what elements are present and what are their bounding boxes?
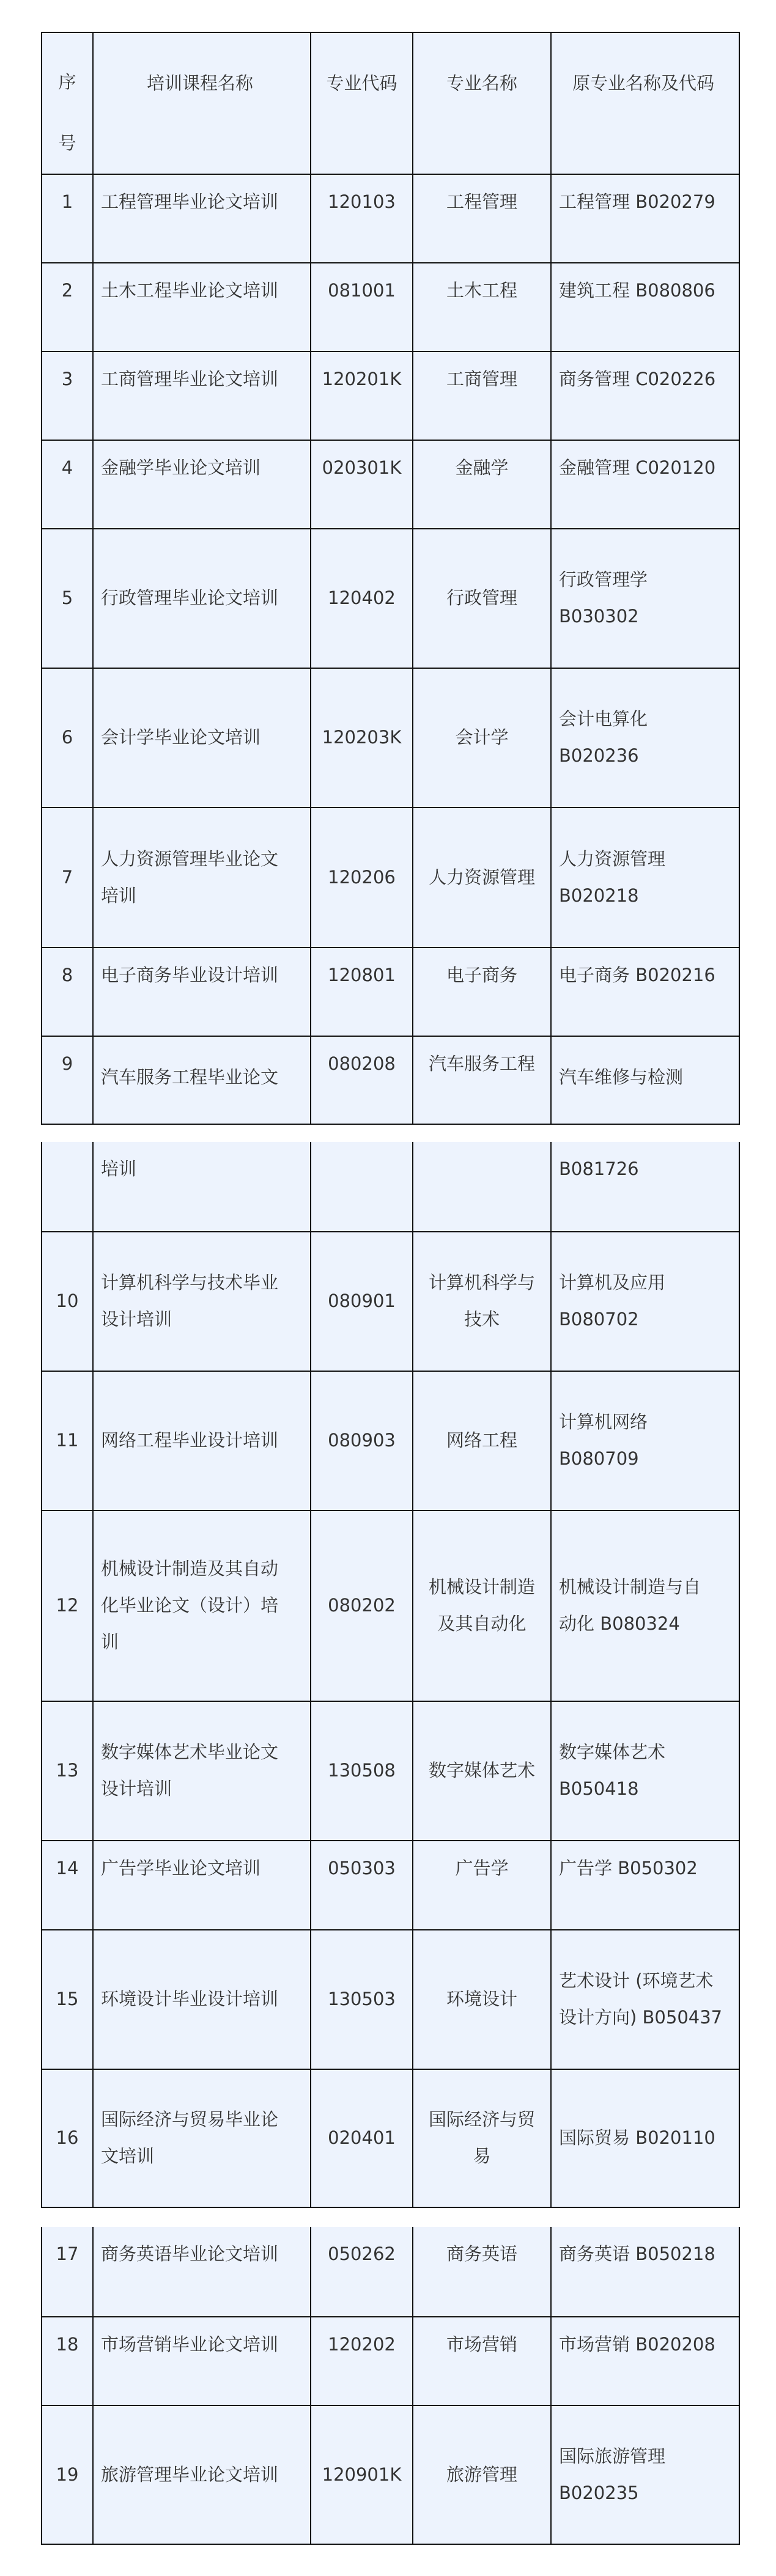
cell-major-name-line: 技术 xyxy=(413,1301,550,1338)
table-row: 1工程管理毕业论文培训120103工程管理工程管理 B020279 xyxy=(42,174,739,263)
table-row: 17商务英语毕业论文培训050262商务英语商务英语 B050218 xyxy=(42,2227,739,2317)
cell-major-code: 080903 xyxy=(311,1371,413,1511)
cell-course-line: 工程管理毕业论文培训 xyxy=(101,183,306,220)
cell-course: 广告学毕业论文培训 xyxy=(93,1841,311,1930)
cell-major-code: 130503 xyxy=(311,1930,413,2069)
cell-course: 机械设计制造及其自动化毕业论文（设计）培训 xyxy=(93,1511,311,1701)
cell-original: 建筑工程 B080806 xyxy=(551,263,739,351)
table-row: 8电子商务毕业设计培训120801电子商务电子商务 B020216 xyxy=(42,948,739,1036)
cell-original-line: 商务英语 B050218 xyxy=(559,2236,735,2272)
cell-course: 汽车服务工程毕业论文 xyxy=(93,1036,311,1124)
cell-course-line: 旅游管理毕业论文培训 xyxy=(101,2456,306,2493)
cell-original-line: B020236 xyxy=(559,737,735,774)
table-row: 4金融学毕业论文培训020301K金融学金融管理 C020120 xyxy=(42,440,739,529)
cell-major-code: 080202 xyxy=(311,1511,413,1701)
cell-course: 国际经济与贸易毕业论文培训 xyxy=(93,2069,311,2207)
cell-major-name: 汽车服务工程 xyxy=(413,1036,551,1124)
cell-major-name: 工程管理 xyxy=(413,174,551,263)
cell-course-line: 设计培训 xyxy=(101,1770,306,1807)
header-major-name: 专业名称 xyxy=(413,32,551,174)
cell-original-line: 工程管理 B020279 xyxy=(559,183,735,220)
cell-major-name: 会计学 xyxy=(413,668,551,808)
cell-major-code: 120202 xyxy=(311,2317,413,2405)
cell-index: 5 xyxy=(42,529,93,668)
cell-course-line: 训 xyxy=(101,1624,306,1660)
cell-course-line: 网络工程毕业设计培训 xyxy=(101,1422,306,1459)
cell-original-line: 计算机网络 xyxy=(559,1404,735,1440)
cell-course: 土木工程毕业论文培训 xyxy=(93,263,311,351)
cell-major-name: 行政管理 xyxy=(413,529,551,668)
cell-index: 1 xyxy=(42,174,93,263)
cell-major-code: 050303 xyxy=(311,1841,413,1930)
cell-course: 金融学毕业论文培训 xyxy=(93,440,311,529)
cell-original-line: 设计方向) B050437 xyxy=(559,1999,735,2036)
table-header-row: 序号 培训课程名称 专业代码 专业名称 原专业名称及代码 xyxy=(42,32,739,174)
cell-major-name-line: 及其自动化 xyxy=(413,1605,550,1642)
cell-index: 10 xyxy=(42,1232,93,1371)
cell-course-line: 设计培训 xyxy=(101,1301,306,1338)
cell-index: 9 xyxy=(42,1036,93,1124)
cell-original: 工程管理 B020279 xyxy=(551,174,739,263)
cell-course-line: 电子商务毕业设计培训 xyxy=(101,957,306,993)
table-row: 2土木工程毕业论文培训081001土木工程建筑工程 B080806 xyxy=(42,263,739,351)
cell-original-line: B080702 xyxy=(559,1301,735,1338)
table-body-3: 17商务英语毕业论文培训050262商务英语商务英语 B05021818市场营销… xyxy=(42,2227,739,2544)
cell-major-code: 050262 xyxy=(311,2227,413,2317)
cell-index xyxy=(42,1142,93,1232)
cell-original: 人力资源管理B020218 xyxy=(551,808,739,948)
cell-original-line: 行政管理学 xyxy=(559,561,735,598)
cell-major-code: 120402 xyxy=(311,529,413,668)
cell-original-line: 广告学 B050302 xyxy=(559,1850,735,1886)
cell-index: 6 xyxy=(42,668,93,808)
cell-original: 汽车维修与检测 xyxy=(551,1036,739,1124)
cell-major-name-line: 电子商务 xyxy=(413,957,550,993)
cell-original: 机械设计制造与自动化 B080324 xyxy=(551,1511,739,1701)
header-major-code: 专业代码 xyxy=(311,32,413,174)
cell-course-line: 环境设计毕业设计培训 xyxy=(101,1981,306,2017)
cell-major-code: 120901K xyxy=(311,2405,413,2544)
cell-major-name-line: 环境设计 xyxy=(413,1981,550,2017)
cell-major-name: 商务英语 xyxy=(413,2227,551,2317)
cell-course-line: 土木工程毕业论文培训 xyxy=(101,272,306,309)
cell-original-line: B081726 xyxy=(559,1150,735,1187)
cell-major-name: 环境设计 xyxy=(413,1930,551,2069)
cell-major-name: 计算机科学与技术 xyxy=(413,1232,551,1371)
cell-course-line: 培训 xyxy=(101,877,306,914)
header-course: 培训课程名称 xyxy=(93,32,311,174)
cell-major-name: 工商管理 xyxy=(413,351,551,440)
cell-major-code: 020301K xyxy=(311,440,413,529)
cell-major-code: 130508 xyxy=(311,1701,413,1841)
cell-index: 4 xyxy=(42,440,93,529)
cell-original-line: B020235 xyxy=(559,2475,735,2511)
cell-original-line: B030302 xyxy=(559,598,735,635)
cell-course: 培训 xyxy=(93,1142,311,1232)
cell-course: 工程管理毕业论文培训 xyxy=(93,174,311,263)
cell-course-line: 化毕业论文（设计）培 xyxy=(101,1587,306,1624)
table-body-1: 1工程管理毕业论文培训120103工程管理工程管理 B0202792土木工程毕业… xyxy=(42,174,739,1124)
table-row: 11网络工程毕业设计培训080903网络工程计算机网络B080709 xyxy=(42,1371,739,1511)
cell-course-line: 商务英语毕业论文培训 xyxy=(101,2236,306,2272)
cell-original-line: 商务管理 C020226 xyxy=(559,361,735,397)
cell-index: 13 xyxy=(42,1701,93,1841)
cell-major-name: 金融学 xyxy=(413,440,551,529)
cell-original-line: 国际旅游管理 xyxy=(559,2438,735,2475)
cell-original-line: 机械设计制造与自 xyxy=(559,1569,735,1605)
cell-index: 14 xyxy=(42,1841,93,1930)
cell-major-code: 120103 xyxy=(311,174,413,263)
table-body-2: 培训B08172610计算机科学与技术毕业设计培训080901计算机科学与技术计… xyxy=(42,1142,739,2207)
cell-major-name: 电子商务 xyxy=(413,948,551,1036)
cell-original: 艺术设计 (环境艺术设计方向) B050437 xyxy=(551,1930,739,2069)
cell-course-line: 国际经济与贸易毕业论 xyxy=(101,2101,306,2138)
cell-original-line: 会计电算化 xyxy=(559,701,735,737)
cell-original: 广告学 B050302 xyxy=(551,1841,739,1930)
cell-index: 11 xyxy=(42,1371,93,1511)
cell-index: 12 xyxy=(42,1511,93,1701)
cell-original: 市场营销 B020208 xyxy=(551,2317,739,2405)
table-row: 10计算机科学与技术毕业设计培训080901计算机科学与技术计算机及应用B080… xyxy=(42,1232,739,1371)
cell-index: 8 xyxy=(42,948,93,1036)
cell-original-line: 动化 B080324 xyxy=(559,1605,735,1642)
table-row: 16国际经济与贸易毕业论文培训020401国际经济与贸易国际贸易 B020110 xyxy=(42,2069,739,2207)
cell-major-code: 080208 xyxy=(311,1036,413,1124)
cell-index: 16 xyxy=(42,2069,93,2207)
cell-major-code: 080901 xyxy=(311,1232,413,1371)
major-table-page-2: 培训B08172610计算机科学与技术毕业设计培训080901计算机科学与技术计… xyxy=(41,1142,740,2208)
cell-original-line: B080709 xyxy=(559,1440,735,1477)
cell-original: 商务英语 B050218 xyxy=(551,2227,739,2317)
cell-course: 数字媒体艺术毕业论文设计培训 xyxy=(93,1701,311,1841)
cell-major-name: 国际经济与贸易 xyxy=(413,2069,551,2207)
cell-major-name-line: 机械设计制造 xyxy=(413,1569,550,1605)
cell-major-name-line: 工程管理 xyxy=(413,183,550,220)
cell-original-line: 市场营销 B020208 xyxy=(559,2326,735,2363)
cell-course-line: 会计学毕业论文培训 xyxy=(101,719,306,756)
cell-course: 市场营销毕业论文培训 xyxy=(93,2317,311,2405)
cell-original: 国际旅游管理B020235 xyxy=(551,2405,739,2544)
cell-original-line: 建筑工程 B080806 xyxy=(559,272,735,309)
table-row: 12机械设计制造及其自动化毕业论文（设计）培训080202机械设计制造及其自动化… xyxy=(42,1511,739,1701)
cell-major-name: 土木工程 xyxy=(413,263,551,351)
cell-course-line: 金融学毕业论文培训 xyxy=(101,449,306,486)
cell-major-code: 120206 xyxy=(311,808,413,948)
cell-index: 19 xyxy=(42,2405,93,2544)
cell-course: 工商管理毕业论文培训 xyxy=(93,351,311,440)
cell-original-line: 国际贸易 B020110 xyxy=(559,2119,735,2156)
cell-major-name: 网络工程 xyxy=(413,1371,551,1511)
cell-original-line: B020218 xyxy=(559,877,735,914)
cell-course: 行政管理毕业论文培训 xyxy=(93,529,311,668)
cell-original-line: 计算机及应用 xyxy=(559,1264,735,1301)
cell-major-name: 数字媒体艺术 xyxy=(413,1701,551,1841)
cell-original: 金融管理 C020120 xyxy=(551,440,739,529)
cell-course: 商务英语毕业论文培训 xyxy=(93,2227,311,2317)
cell-course: 旅游管理毕业论文培训 xyxy=(93,2405,311,2544)
cell-original: 会计电算化B020236 xyxy=(551,668,739,808)
cell-index: 2 xyxy=(42,263,93,351)
header-index-line: 号 xyxy=(42,112,92,174)
cell-major-name-line: 广告学 xyxy=(413,1850,550,1886)
cell-major-name-line: 旅游管理 xyxy=(413,2456,550,2493)
cell-major-name-line: 人力资源管理 xyxy=(413,859,550,896)
cell-original-line: 人力资源管理 xyxy=(559,841,735,877)
cell-major-name: 人力资源管理 xyxy=(413,808,551,948)
cell-major-name: 市场营销 xyxy=(413,2317,551,2405)
cell-major-code: 081001 xyxy=(311,263,413,351)
cell-original: 计算机及应用B080702 xyxy=(551,1232,739,1371)
cell-original-line: 数字媒体艺术 xyxy=(559,1734,735,1770)
cell-major-name-line: 市场营销 xyxy=(413,2326,550,2363)
major-table-page-3: 17商务英语毕业论文培训050262商务英语商务英语 B05021818市场营销… xyxy=(41,2227,740,2545)
table-row: 9汽车服务工程毕业论文080208汽车服务工程汽车维修与检测 xyxy=(42,1036,739,1124)
cell-course: 电子商务毕业设计培训 xyxy=(93,948,311,1036)
cell-major-name-line: 工商管理 xyxy=(413,361,550,397)
cell-major-code: 020401 xyxy=(311,2069,413,2207)
cell-major-name-line: 网络工程 xyxy=(413,1422,550,1459)
table-row: 5行政管理毕业论文培训120402行政管理行政管理学B030302 xyxy=(42,529,739,668)
cell-course-line: 汽车服务工程毕业论文 xyxy=(101,1059,306,1095)
cell-index: 18 xyxy=(42,2317,93,2405)
cell-original-line: 艺术设计 (环境艺术 xyxy=(559,1962,735,1999)
table-row: 14广告学毕业论文培训050303广告学广告学 B050302 xyxy=(42,1841,739,1930)
cell-course-line: 机械设计制造及其自动 xyxy=(101,1550,306,1587)
cell-course-line: 人力资源管理毕业论文 xyxy=(101,841,306,877)
cell-major-name xyxy=(413,1142,551,1232)
cell-course: 会计学毕业论文培训 xyxy=(93,668,311,808)
cell-major-name-line: 商务英语 xyxy=(413,2236,550,2272)
cell-course: 人力资源管理毕业论文培训 xyxy=(93,808,311,948)
cell-original-line: 电子商务 B020216 xyxy=(559,957,735,993)
cell-original: 国际贸易 B020110 xyxy=(551,2069,739,2207)
cell-original: 商务管理 C020226 xyxy=(551,351,739,440)
cell-course: 网络工程毕业设计培训 xyxy=(93,1371,311,1511)
cell-original: 行政管理学B030302 xyxy=(551,529,739,668)
cell-major-code xyxy=(311,1142,413,1232)
cell-original: 电子商务 B020216 xyxy=(551,948,739,1036)
header-index: 序号 xyxy=(42,32,93,174)
table-row: 19旅游管理毕业论文培训120901K旅游管理国际旅游管理B020235 xyxy=(42,2405,739,2544)
table-row: 3工商管理毕业论文培训120201K工商管理商务管理 C020226 xyxy=(42,351,739,440)
cell-original: B081726 xyxy=(551,1142,739,1232)
header-original: 原专业名称及代码 xyxy=(551,32,739,174)
cell-major-name-line: 国际经济与贸 xyxy=(413,2101,550,2138)
cell-major-code: 120801 xyxy=(311,948,413,1036)
cell-course-line: 计算机科学与技术毕业 xyxy=(101,1264,306,1301)
cell-index: 17 xyxy=(42,2227,93,2317)
cell-course-line: 广告学毕业论文培训 xyxy=(101,1850,306,1886)
cell-original-line: 汽车维修与检测 xyxy=(559,1059,735,1095)
cell-course-line: 工商管理毕业论文培训 xyxy=(101,361,306,397)
cell-major-name-line: 计算机科学与 xyxy=(413,1264,550,1301)
cell-major-name: 旅游管理 xyxy=(413,2405,551,2544)
table-row: 培训B081726 xyxy=(42,1142,739,1232)
cell-original-line: 金融管理 C020120 xyxy=(559,449,735,486)
cell-major-code: 120201K xyxy=(311,351,413,440)
cell-original: 计算机网络B080709 xyxy=(551,1371,739,1511)
cell-major-name-line: 金融学 xyxy=(413,449,550,486)
cell-major-name-line: 会计学 xyxy=(413,719,550,756)
cell-course: 环境设计毕业设计培训 xyxy=(93,1930,311,2069)
table-row: 13数字媒体艺术毕业论文设计培训130508数字媒体艺术数字媒体艺术B05041… xyxy=(42,1701,739,1841)
cell-major-code: 120203K xyxy=(311,668,413,808)
cell-major-name: 广告学 xyxy=(413,1841,551,1930)
table-row: 18市场营销毕业论文培训120202市场营销市场营销 B020208 xyxy=(42,2317,739,2405)
cell-course: 计算机科学与技术毕业设计培训 xyxy=(93,1232,311,1371)
cell-major-name-line: 易 xyxy=(413,2138,550,2174)
cell-index: 3 xyxy=(42,351,93,440)
table-row: 6会计学毕业论文培训120203K会计学会计电算化B020236 xyxy=(42,668,739,808)
cell-major-name-line: 汽车服务工程 xyxy=(413,1045,550,1082)
cell-original: 数字媒体艺术B050418 xyxy=(551,1701,739,1841)
cell-index: 15 xyxy=(42,1930,93,2069)
cell-course-line: 培训 xyxy=(101,1150,306,1187)
major-table-page-1: 序号 培训课程名称 专业代码 专业名称 原专业名称及代码 1工程管理毕业论文培训… xyxy=(41,32,740,1125)
cell-major-name-line: 行政管理 xyxy=(413,580,550,616)
cell-major-name-line: 土木工程 xyxy=(413,272,550,309)
cell-major-name-line: 数字媒体艺术 xyxy=(413,1752,550,1789)
header-index-line: 序 xyxy=(42,51,92,112)
cell-course-line: 文培训 xyxy=(101,2138,306,2174)
table-row: 15环境设计毕业设计培训130503环境设计艺术设计 (环境艺术设计方向) B0… xyxy=(42,1930,739,2069)
cell-original-line: B050418 xyxy=(559,1770,735,1807)
cell-major-name: 机械设计制造及其自动化 xyxy=(413,1511,551,1701)
cell-course-line: 数字媒体艺术毕业论文 xyxy=(101,1734,306,1770)
cell-course-line: 行政管理毕业论文培训 xyxy=(101,580,306,616)
cell-course-line: 市场营销毕业论文培训 xyxy=(101,2326,306,2363)
table-row: 7人力资源管理毕业论文培训120206人力资源管理人力资源管理B020218 xyxy=(42,808,739,948)
cell-index: 7 xyxy=(42,808,93,948)
